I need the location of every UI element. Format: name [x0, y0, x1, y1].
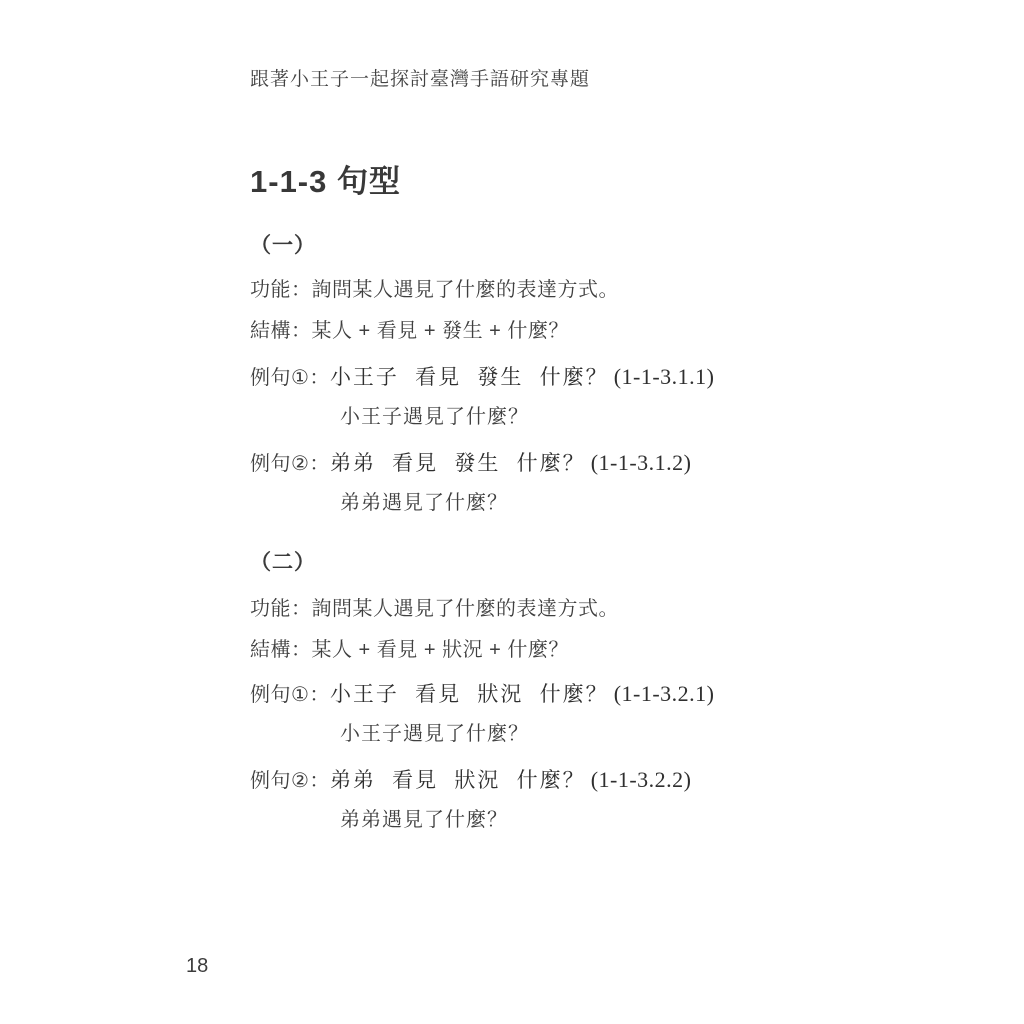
example-translation: 小王子遇見了什麼？ — [340, 717, 529, 746]
example-ref: (1-1-3.2.1) — [614, 681, 715, 706]
section-2-function: 功能：詢問某人遇見了什麼的表達方式。 — [250, 592, 619, 621]
sign-gloss: 弟弟 看見 發生 什麼？ — [330, 451, 586, 475]
section-1-structure: 結構：某人 + 看見 + 發生 + 什麼？ — [250, 314, 569, 343]
section-1-function: 功能：詢問某人遇見了什麼的表達方式。 — [250, 273, 619, 302]
example-translation: 弟弟遇見了什麼？ — [340, 803, 508, 832]
book-page: 跟著小王子一起探討臺灣手語研究專題 1-1-3 句型 （一） 功能：詢問某人遇見… — [0, 0, 1024, 1024]
example-label: 例句②： — [250, 770, 330, 792]
section-1-example-1: 例句①：小王子 看見 發生 什麼？(1-1-3.1.1) — [250, 361, 715, 391]
example-label: 例句①： — [250, 684, 330, 706]
section-1-marker: （一） — [250, 229, 316, 259]
running-header: 跟著小王子一起探討臺灣手語研究專題 — [250, 64, 590, 91]
sign-gloss: 小王子 看見 狀況 什麼？ — [330, 682, 609, 706]
section-2-marker: （二） — [250, 546, 316, 576]
section-2-structure: 結構：某人 + 看見 + 狀況 + 什麼？ — [250, 633, 569, 662]
example-ref: (1-1-3.1.2) — [591, 450, 692, 475]
example-label: 例句①： — [250, 367, 330, 389]
example-translation: 小王子遇見了什麼？ — [340, 400, 529, 429]
page-title: 1-1-3 句型 — [250, 156, 401, 201]
page-number: 18 — [186, 955, 208, 978]
sign-gloss: 弟弟 看見 狀況 什麼？ — [330, 768, 586, 792]
sign-gloss: 小王子 看見 發生 什麼？ — [330, 365, 609, 389]
example-translation: 弟弟遇見了什麼？ — [340, 486, 508, 515]
section-2-example-1: 例句①：小王子 看見 狀況 什麼？(1-1-3.2.1) — [250, 678, 715, 708]
example-ref: (1-1-3.2.2) — [591, 767, 692, 792]
example-label: 例句②： — [250, 453, 330, 475]
section-2-example-2: 例句②：弟弟 看見 狀況 什麼？(1-1-3.2.2) — [250, 764, 692, 794]
section-1-example-2: 例句②：弟弟 看見 發生 什麼？(1-1-3.1.2) — [250, 447, 692, 477]
example-ref: (1-1-3.1.1) — [614, 364, 715, 389]
